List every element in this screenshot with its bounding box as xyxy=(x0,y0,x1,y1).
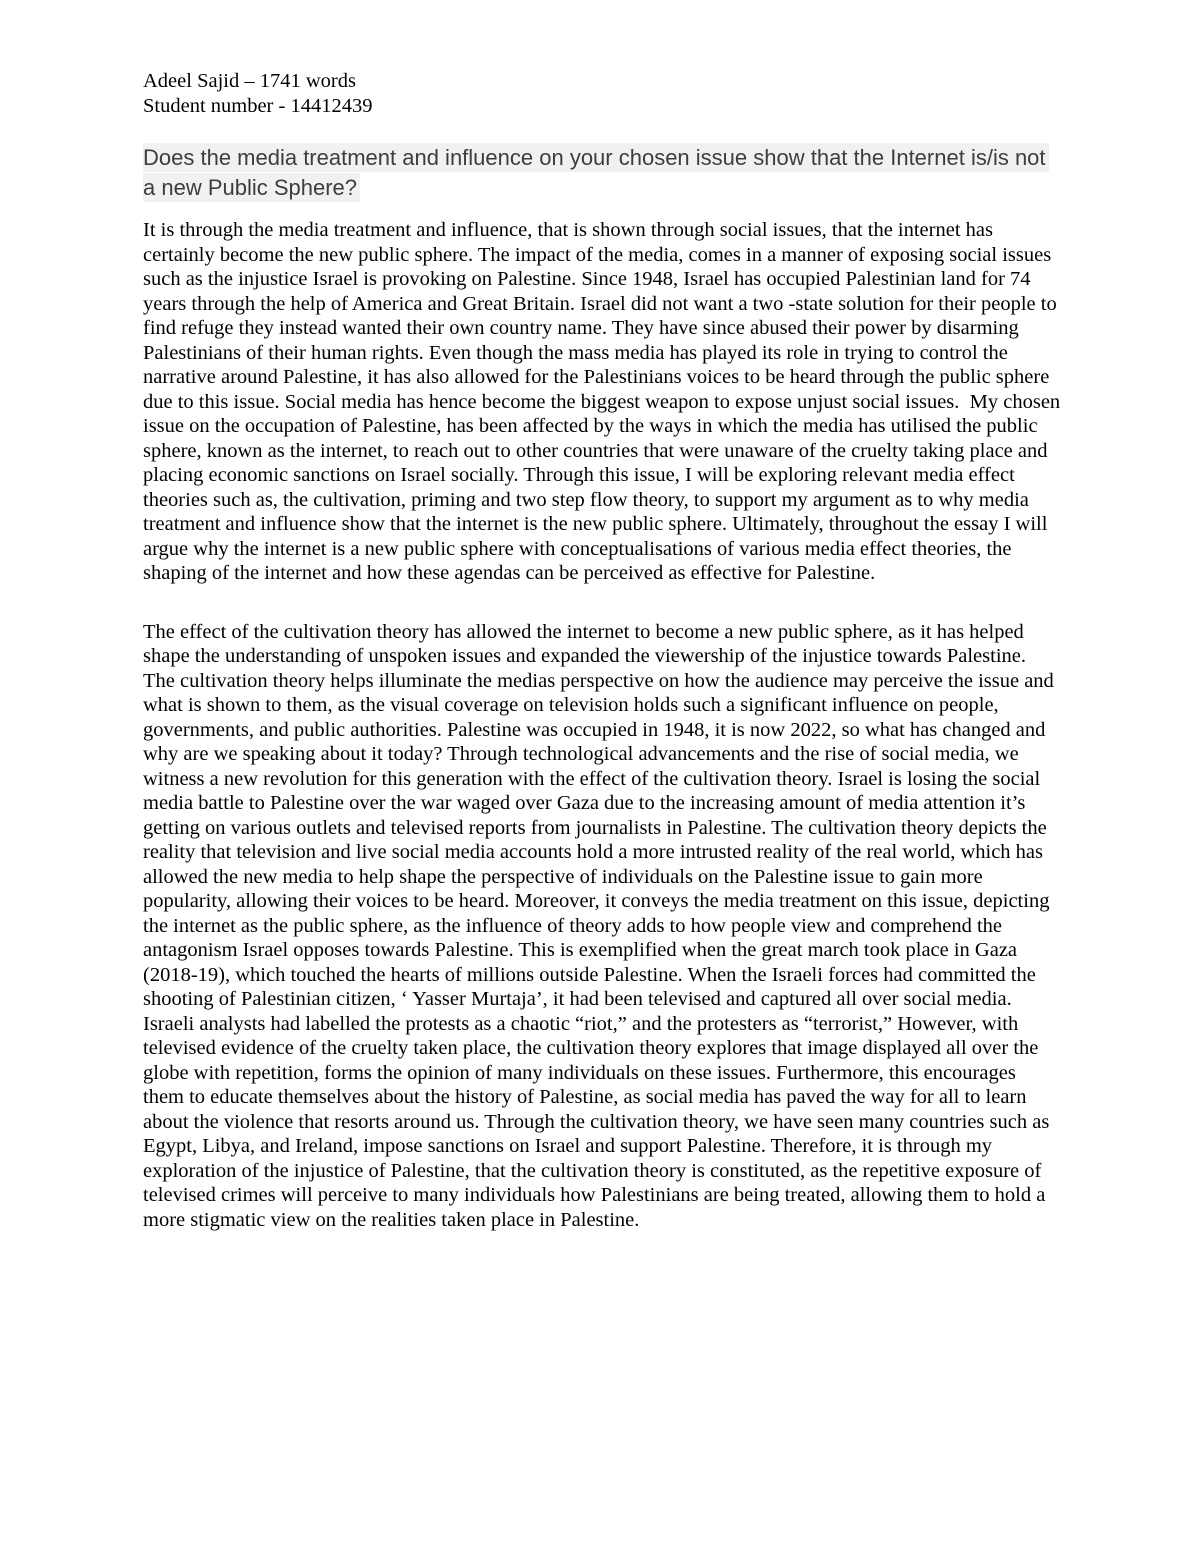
student-number-line: Student number - 14412439 xyxy=(143,94,1061,119)
essay-paragraph-intro: It is through the media treatment and in… xyxy=(143,218,1061,586)
essay-title: Does the media treatment and influence o… xyxy=(143,143,1061,202)
document-page: Adeel Sajid – 1741 words Student number … xyxy=(0,0,1200,1553)
essay-paragraph-cultivation-theory: The effect of the cultivation theory has… xyxy=(143,620,1061,1233)
author-wordcount-line: Adeel Sajid – 1741 words xyxy=(143,69,1061,94)
document-header: Adeel Sajid – 1741 words Student number … xyxy=(143,69,1061,119)
essay-title-highlighted-text: Does the media treatment and influence o… xyxy=(143,143,1049,202)
